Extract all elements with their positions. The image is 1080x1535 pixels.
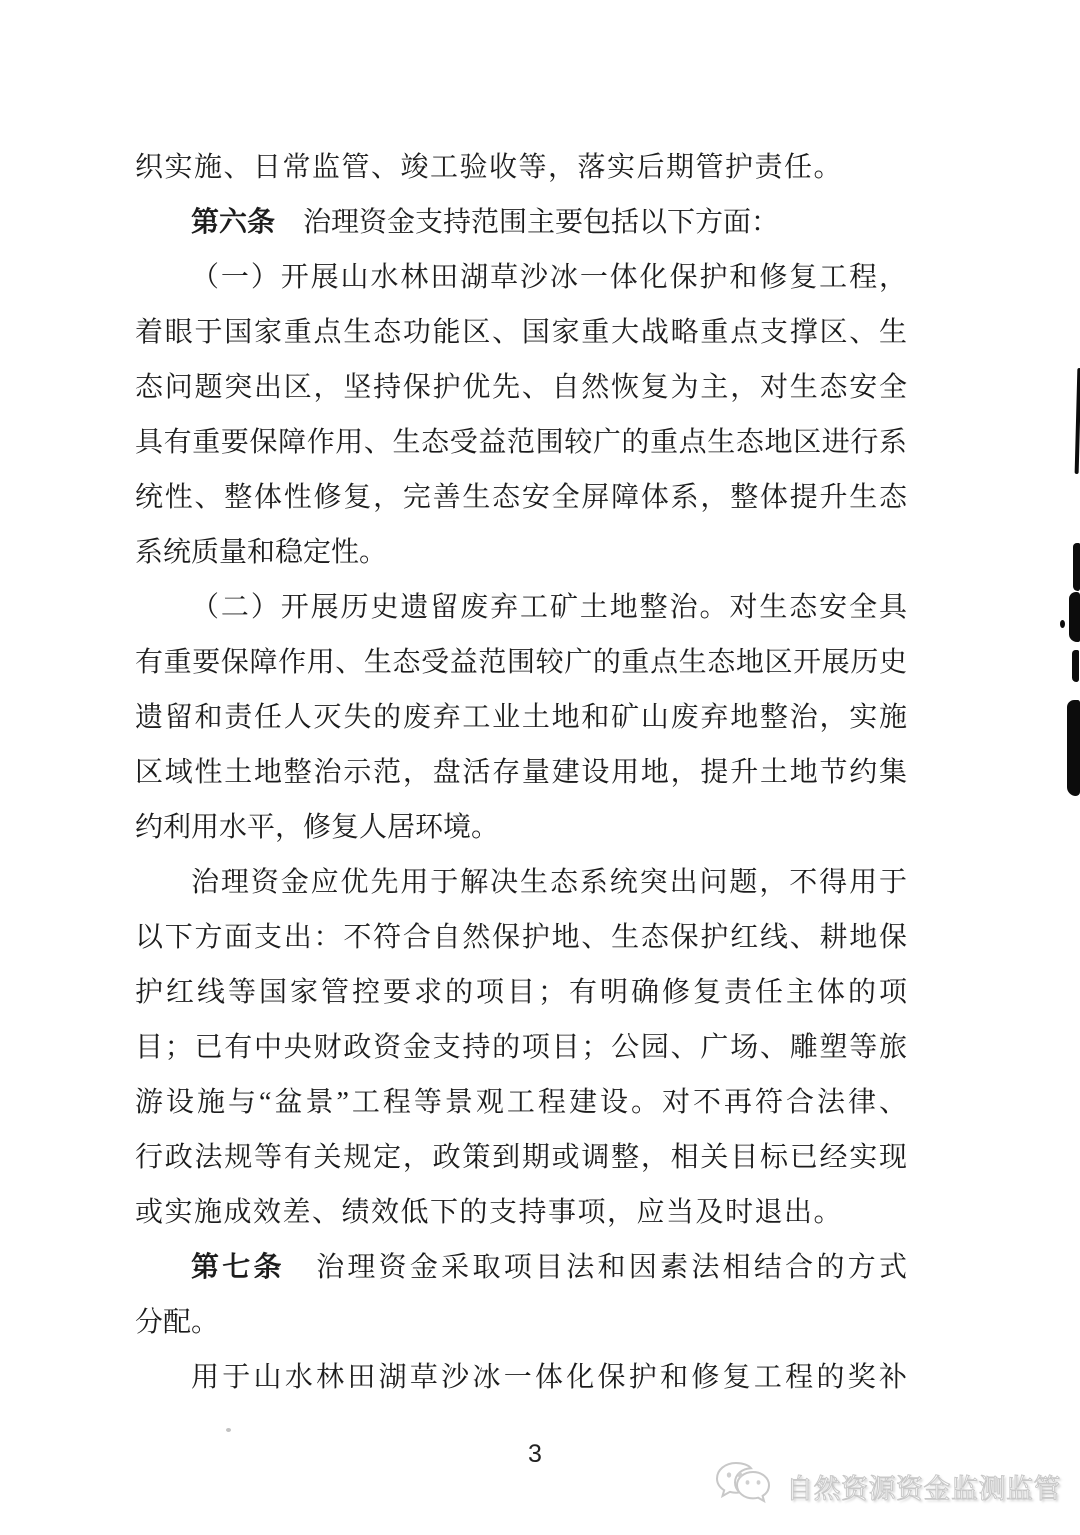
doc-line: （二）开展历史遗留废弃工矿土地整治。对生态安全具 (135, 580, 907, 635)
line-text: 游设施与“盆景”工程等景观工程建设。对不再符合法律、 (135, 1087, 907, 1118)
line-text: 以下方面支出：不符合自然保护地、生态保护红线、耕地保 (135, 922, 907, 953)
line-text: 有重要保障作用、生态受益范围较广的重点生态地区开展历史 (135, 647, 907, 678)
line-text: 遗留和责任人灭失的废弃工业土地和矿山废弃地整治，实施 (135, 702, 907, 733)
doc-line: 系统质量和稳定性。 (135, 525, 907, 580)
doc-line: 分配。 (135, 1295, 907, 1350)
doc-line: 有重要保障作用、生态受益范围较广的重点生态地区开展历史 (135, 635, 907, 690)
doc-line: 游设施与“盆景”工程等景观工程建设。对不再符合法律、 (135, 1075, 907, 1130)
article-number-bold: 第七条 (191, 1252, 285, 1283)
line-text: 织实施、日常监管、竣工验收等，落实后期管护责任。 (135, 152, 843, 183)
doc-line: 着眼于国家重点生态功能区、国家重大战略重点支撑区、生 (135, 305, 907, 360)
scan-artifact (1067, 700, 1080, 796)
line-text: 治理资金应优先用于解决生态系统突出问题，不得用于 (191, 867, 907, 898)
line-text: 统性、整体性修复，完善生态安全屏障体系，整体提升生态 (135, 482, 907, 513)
line-text: 区域性土地整治示范，盘活存量建设用地，提升土地节约集 (135, 757, 907, 788)
scan-artifact (1060, 620, 1065, 628)
doc-line-article-7: 第七条 治理资金采取项目法和因素法相结合的方式 (135, 1240, 907, 1295)
line-text: 或实施成效差、绩效低下的支持事项，应当及时退出。 (135, 1197, 843, 1228)
scan-artifact (1075, 368, 1080, 474)
line-text: 行政法规等有关规定，政策到期或调整，相关目标已经实现 (135, 1142, 907, 1173)
line-text: 目；已有中央财政资金支持的项目；公园、广场、雕塑等旅 (135, 1032, 907, 1063)
doc-line: 护红线等国家管控要求的项目；有明确修复责任主体的项 (135, 965, 907, 1020)
doc-line: 或实施成效差、绩效低下的支持事项，应当及时退出。 (135, 1185, 907, 1240)
doc-line: 遗留和责任人灭失的废弃工业土地和矿山废弃地整治，实施 (135, 690, 907, 745)
page-number: 3 (515, 1440, 555, 1469)
line-text: 护红线等国家管控要求的项目；有明确修复责任主体的项 (135, 977, 907, 1008)
doc-line: 目；已有中央财政资金支持的项目；公园、广场、雕塑等旅 (135, 1020, 907, 1075)
scan-speck (226, 1428, 231, 1432)
doc-line: 以下方面支出：不符合自然保护地、生态保护红线、耕地保 (135, 910, 907, 965)
scan-artifact (1072, 650, 1079, 682)
scan-artifact (1073, 543, 1080, 591)
watermark-text: 自然资源资金监测监管 (786, 1464, 1061, 1514)
doc-line: 区域性土地整治示范，盘活存量建设用地，提升土地节约集 (135, 745, 907, 800)
doc-line: 统性、整体性修复，完善生态安全屏障体系，整体提升生态 (135, 470, 907, 525)
doc-line: 行政法规等有关规定，政策到期或调整，相关目标已经实现 (135, 1130, 907, 1185)
doc-line: 治理资金应优先用于解决生态系统突出问题，不得用于 (135, 855, 907, 910)
line-text: 约利用水平，修复人居环境。 (135, 812, 499, 843)
line-text: 态问题突出区，坚持保护优先、自然恢复为主，对生态安全 (135, 372, 907, 403)
watermark: 自然资源资金监测监管 (712, 1460, 1061, 1517)
line-text: 治理资金采取项目法和因素法相结合的方式 (285, 1252, 907, 1283)
doc-line: 织实施、日常监管、竣工验收等，落实后期管护责任。 (135, 140, 907, 195)
line-text: （二）开展历史遗留废弃工矿土地整治。对生态安全具 (191, 592, 907, 623)
doc-line-article-6: 第六条 治理资金支持范围主要包括以下方面： (135, 195, 907, 250)
doc-line: 具有重要保障作用、生态受益范围较广的重点生态地区进行系 (135, 415, 907, 470)
article-number-bold: 第六条 (191, 207, 275, 238)
doc-line: 约利用水平，修复人居环境。 (135, 800, 907, 855)
line-text: 系统质量和稳定性。 (135, 537, 387, 568)
wechat-icon (712, 1460, 774, 1517)
line-text: （一）开展山水林田湖草沙冰一体化保护和修复工程， (191, 262, 907, 293)
line-text: 分配。 (135, 1307, 219, 1338)
document-page: 织实施、日常监管、竣工验收等，落实后期管护责任。 第六条 治理资金支持范围主要包… (0, 0, 1080, 1535)
line-text: 治理资金支持范围主要包括以下方面： (275, 207, 779, 238)
doc-line: （一）开展山水林田湖草沙冰一体化保护和修复工程， (135, 250, 907, 305)
line-text: 用于山水林田湖草沙冰一体化保护和修复工程的奖补 (191, 1362, 907, 1393)
doc-line: 态问题突出区，坚持保护优先、自然恢复为主，对生态安全 (135, 360, 907, 415)
document-text-block: 织实施、日常监管、竣工验收等，落实后期管护责任。 第六条 治理资金支持范围主要包… (135, 140, 907, 1405)
line-text: 具有重要保障作用、生态受益范围较广的重点生态地区进行系 (135, 427, 907, 458)
doc-line: 用于山水林田湖草沙冰一体化保护和修复工程的奖补 (135, 1350, 907, 1405)
scan-artifact (1069, 592, 1080, 642)
line-text: 着眼于国家重点生态功能区、国家重大战略重点支撑区、生 (135, 317, 907, 348)
